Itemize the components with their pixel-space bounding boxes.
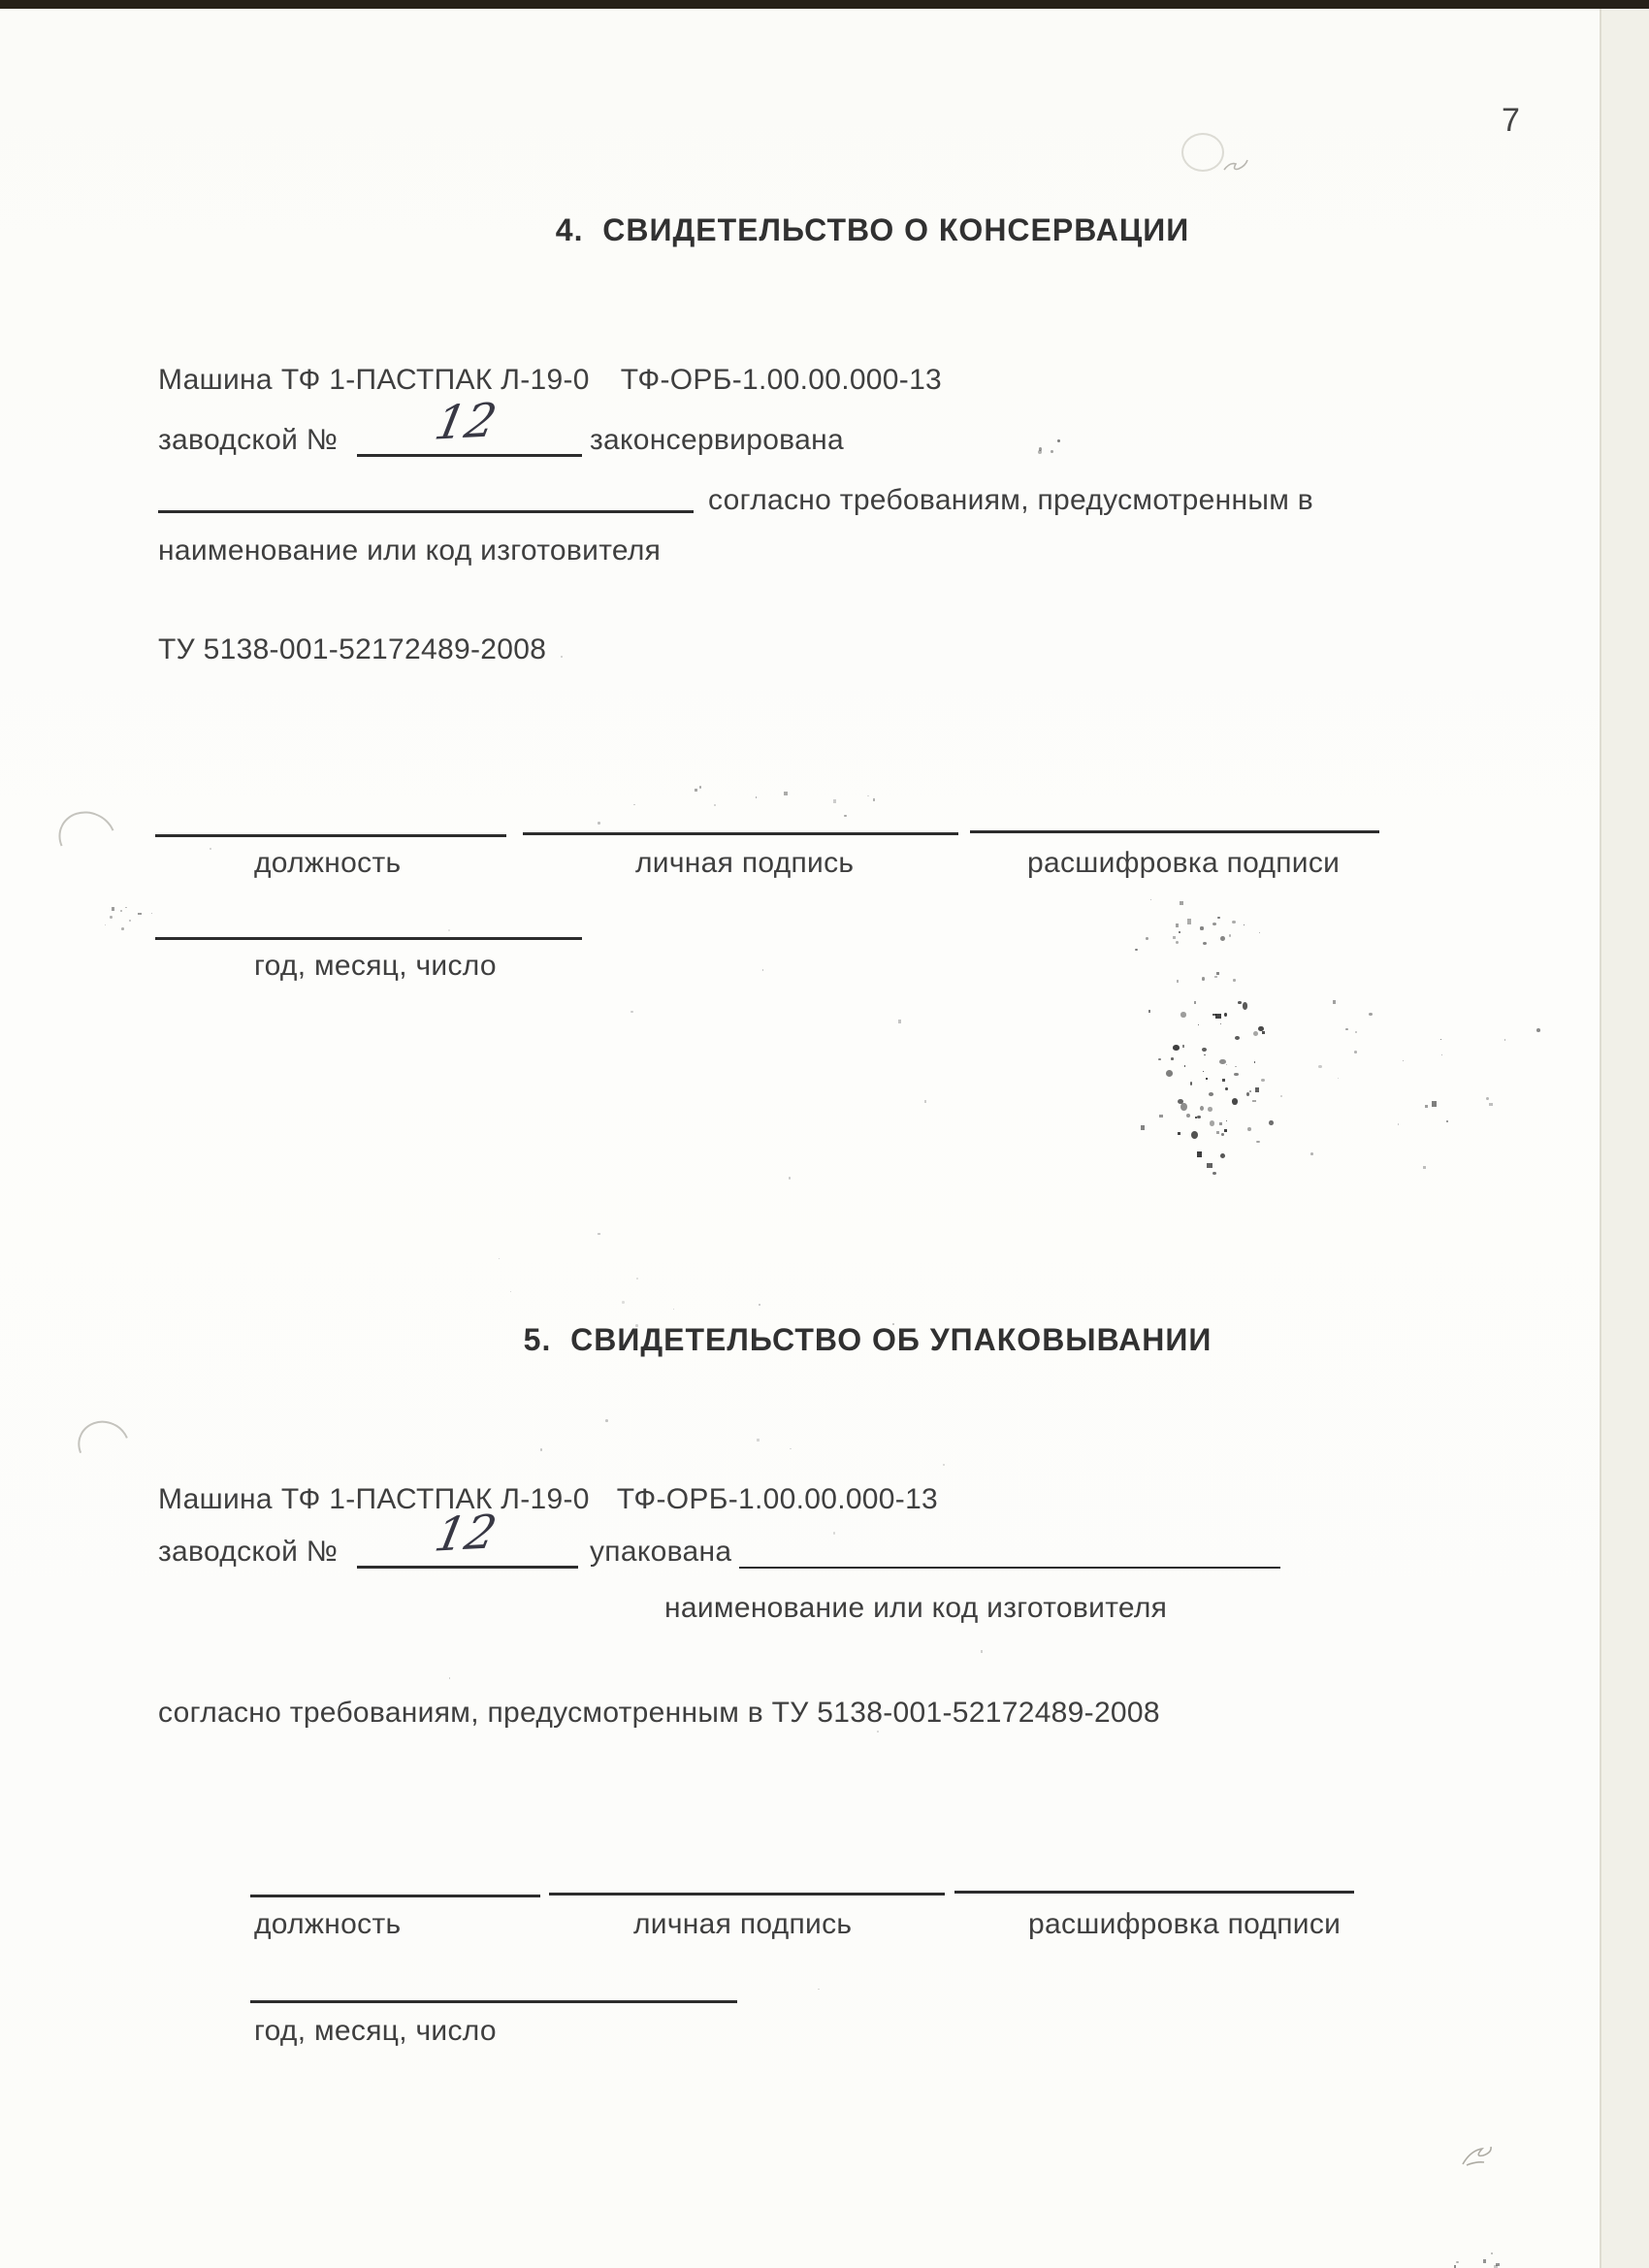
scan-top-edge <box>0 0 1649 9</box>
section4-position-line <box>155 834 506 837</box>
section4-position-caption: должность <box>254 847 401 881</box>
page-number: 7 <box>1502 102 1520 140</box>
section5-manufacturer-caption: наименование или код изготовителя <box>664 1592 1167 1626</box>
section5-requirements-line: согласно требованиям, предусмотренным в … <box>158 1697 1160 1731</box>
section4-date-caption: год, месяц, число <box>254 950 497 984</box>
machine-model: ТФ 1-ПАСТПАК Л-19-0 <box>281 364 590 396</box>
section5-machine-line: МашинаТФ 1-ПАСТПАК Л-19-0ТФ-ОРБ-1.00.00.… <box>158 1483 938 1517</box>
section4-title: 4. СВИДЕТЕЛЬСТВО О КОНСЕРВАЦИИ <box>145 212 1600 248</box>
machine-code: ТФ-ОРБ-1.00.00.000-13 <box>617 1483 938 1515</box>
scanned-page-background: { "page": { "number": "7" }, "section4":… <box>0 0 1649 2268</box>
section5-date-line <box>250 2000 737 2003</box>
section4-factory-number-line <box>357 454 582 457</box>
document-page: 7 4. СВИДЕТЕЛЬСТВО О КОНСЕРВАЦИИ МашинаТ… <box>0 9 1601 2268</box>
section4-transcript-line <box>970 830 1379 833</box>
scan-artifact-squiggle <box>1220 152 1255 178</box>
section4-manufacturer-blank-line <box>158 510 694 513</box>
section4-signature-line <box>523 832 958 835</box>
section5-factory-number-line <box>357 1566 578 1569</box>
section5-transcript-caption: расшифровка подписи <box>1028 1908 1341 1942</box>
section4-manufacturer-caption: наименование или код изготовителя <box>158 535 661 568</box>
section5-position-caption: должность <box>254 1908 401 1942</box>
section5-position-line <box>250 1895 540 1897</box>
machine-label: Машина <box>158 364 273 396</box>
machine-code: ТФ-ОРБ-1.00.00.000-13 <box>621 364 942 396</box>
scan-artifact-arc <box>50 802 125 874</box>
section5-date-caption: год, месяц, число <box>254 2015 497 2049</box>
section5-action-label: упакована <box>590 1536 731 1570</box>
scan-artifact-circle <box>1181 133 1224 172</box>
section5-manufacturer-blank-line <box>739 1567 1280 1569</box>
section4-requirements-text: согласно требованиям, предусмотренным в <box>708 484 1313 518</box>
section4-date-line <box>155 937 582 940</box>
section5-title: 5. СВИДЕТЕЛЬСТВО ОБ УПАКОВЫВАНИИ <box>136 1322 1600 1358</box>
section4-signature-caption: личная подпись <box>635 847 854 881</box>
section5-factory-label: заводской № <box>158 1536 338 1570</box>
section5-signature-caption: личная подпись <box>633 1908 852 1942</box>
section5-signature-line <box>549 1893 945 1895</box>
section5-factory-number-handwritten: 12 <box>411 1504 520 1563</box>
section4-transcript-caption: расшифровка подписи <box>1027 847 1340 881</box>
section5-transcript-line <box>954 1891 1354 1894</box>
section4-tu-line: ТУ 5138-001-52172489-2008 <box>158 633 546 667</box>
scan-artifact-squiggle <box>1455 2135 1498 2174</box>
section4-factory-label: заводской № <box>158 424 338 458</box>
machine-label: Машина <box>158 1483 273 1515</box>
scan-artifact-arc <box>70 1412 138 1478</box>
section4-action-label: законсервирована <box>590 424 844 458</box>
section4-factory-number-handwritten: 12 <box>411 392 520 451</box>
section4-machine-line: МашинаТФ 1-ПАСТПАК Л-19-0ТФ-ОРБ-1.00.00.… <box>158 364 942 398</box>
